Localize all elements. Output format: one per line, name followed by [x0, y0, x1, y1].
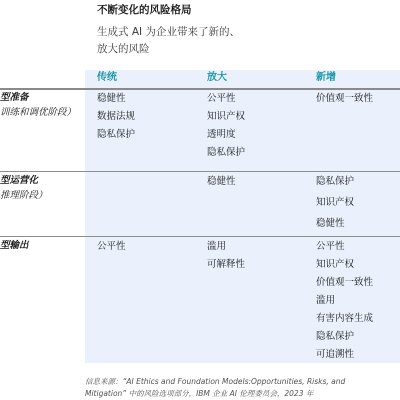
risk-item: 可追溯性	[316, 346, 373, 364]
cell-amplified: 滥用 可解释性	[207, 238, 245, 274]
cell-amplified: 稳健性	[207, 173, 236, 191]
risk-item: 稳健性	[97, 90, 135, 108]
cell-traditional: 公平性	[97, 238, 126, 256]
row-label-model-operationalization: 型运营化	[0, 174, 38, 188]
cell-new: 隐私保护 知识产权 稳健性	[316, 173, 354, 236]
cell-new: 价值观一致性	[316, 90, 373, 108]
risk-item: 公平性	[316, 238, 373, 256]
row-sublabel: 训练和调优阶段）	[0, 106, 76, 120]
risk-item: 透明度	[207, 126, 245, 144]
risk-item: 数据法规	[97, 108, 135, 126]
footnote-line: 信息来源：“AI Ethics and Foundation Models:Op…	[85, 376, 395, 388]
risk-item: 滥用	[316, 292, 373, 310]
source-footnote: 信息来源：“AI Ethics and Foundation Models:Op…	[85, 376, 395, 400]
risk-item: 知识产权	[316, 256, 373, 274]
column-header-new: 新增	[316, 70, 336, 86]
risk-item: 隐私保护	[207, 144, 245, 162]
risk-item: 稳健性	[316, 215, 354, 236]
page-title: 不断变化的风险格局	[97, 2, 192, 17]
risk-item: 隐私保护	[97, 126, 135, 144]
subtitle-line: 生成式 AI 为企业带来了新的、	[97, 24, 297, 41]
risk-item: 公平性	[207, 90, 245, 108]
footnote-line: Mitigation” 中的风险选项部分，IBM 企业 AI 伦理委员会，202…	[85, 388, 395, 400]
row-divider	[0, 236, 400, 237]
subtitle-line: 放大的风险	[97, 41, 297, 58]
column-header-traditional: 传统	[97, 70, 117, 86]
column-header-amplified: 放大	[207, 70, 227, 86]
row-label-model-preparation: 型准备	[0, 91, 29, 105]
risk-item: 有害内容生成	[316, 310, 373, 328]
risk-item: 滥用	[207, 238, 245, 256]
row-divider	[0, 171, 400, 172]
subtitle: 生成式 AI 为企业带来了新的、 放大的风险	[97, 24, 297, 58]
cell-amplified: 公平性 知识产权 透明度 隐私保护	[207, 90, 245, 162]
risk-item: 隐私保护	[316, 173, 354, 194]
risk-item: 可解释性	[207, 256, 245, 274]
cell-traditional: 稳健性 数据法规 隐私保护	[97, 90, 135, 144]
risk-item: 价值观一致性	[316, 90, 373, 108]
row-label-model-output: 型输出	[0, 239, 29, 253]
risk-item: 价值观一致性	[316, 274, 373, 292]
risk-item: 公平性	[97, 238, 126, 256]
risk-item: 隐私保护	[316, 328, 373, 346]
risk-item: 知识产权	[207, 108, 245, 126]
risk-item: 知识产权	[316, 194, 354, 215]
risk-item: 稳健性	[207, 173, 236, 191]
row-sublabel: 推理阶段）	[0, 189, 48, 203]
cell-new: 公平性 知识产权 价值观一致性 滥用 有害内容生成 隐私保护 可追溯性	[316, 238, 373, 364]
